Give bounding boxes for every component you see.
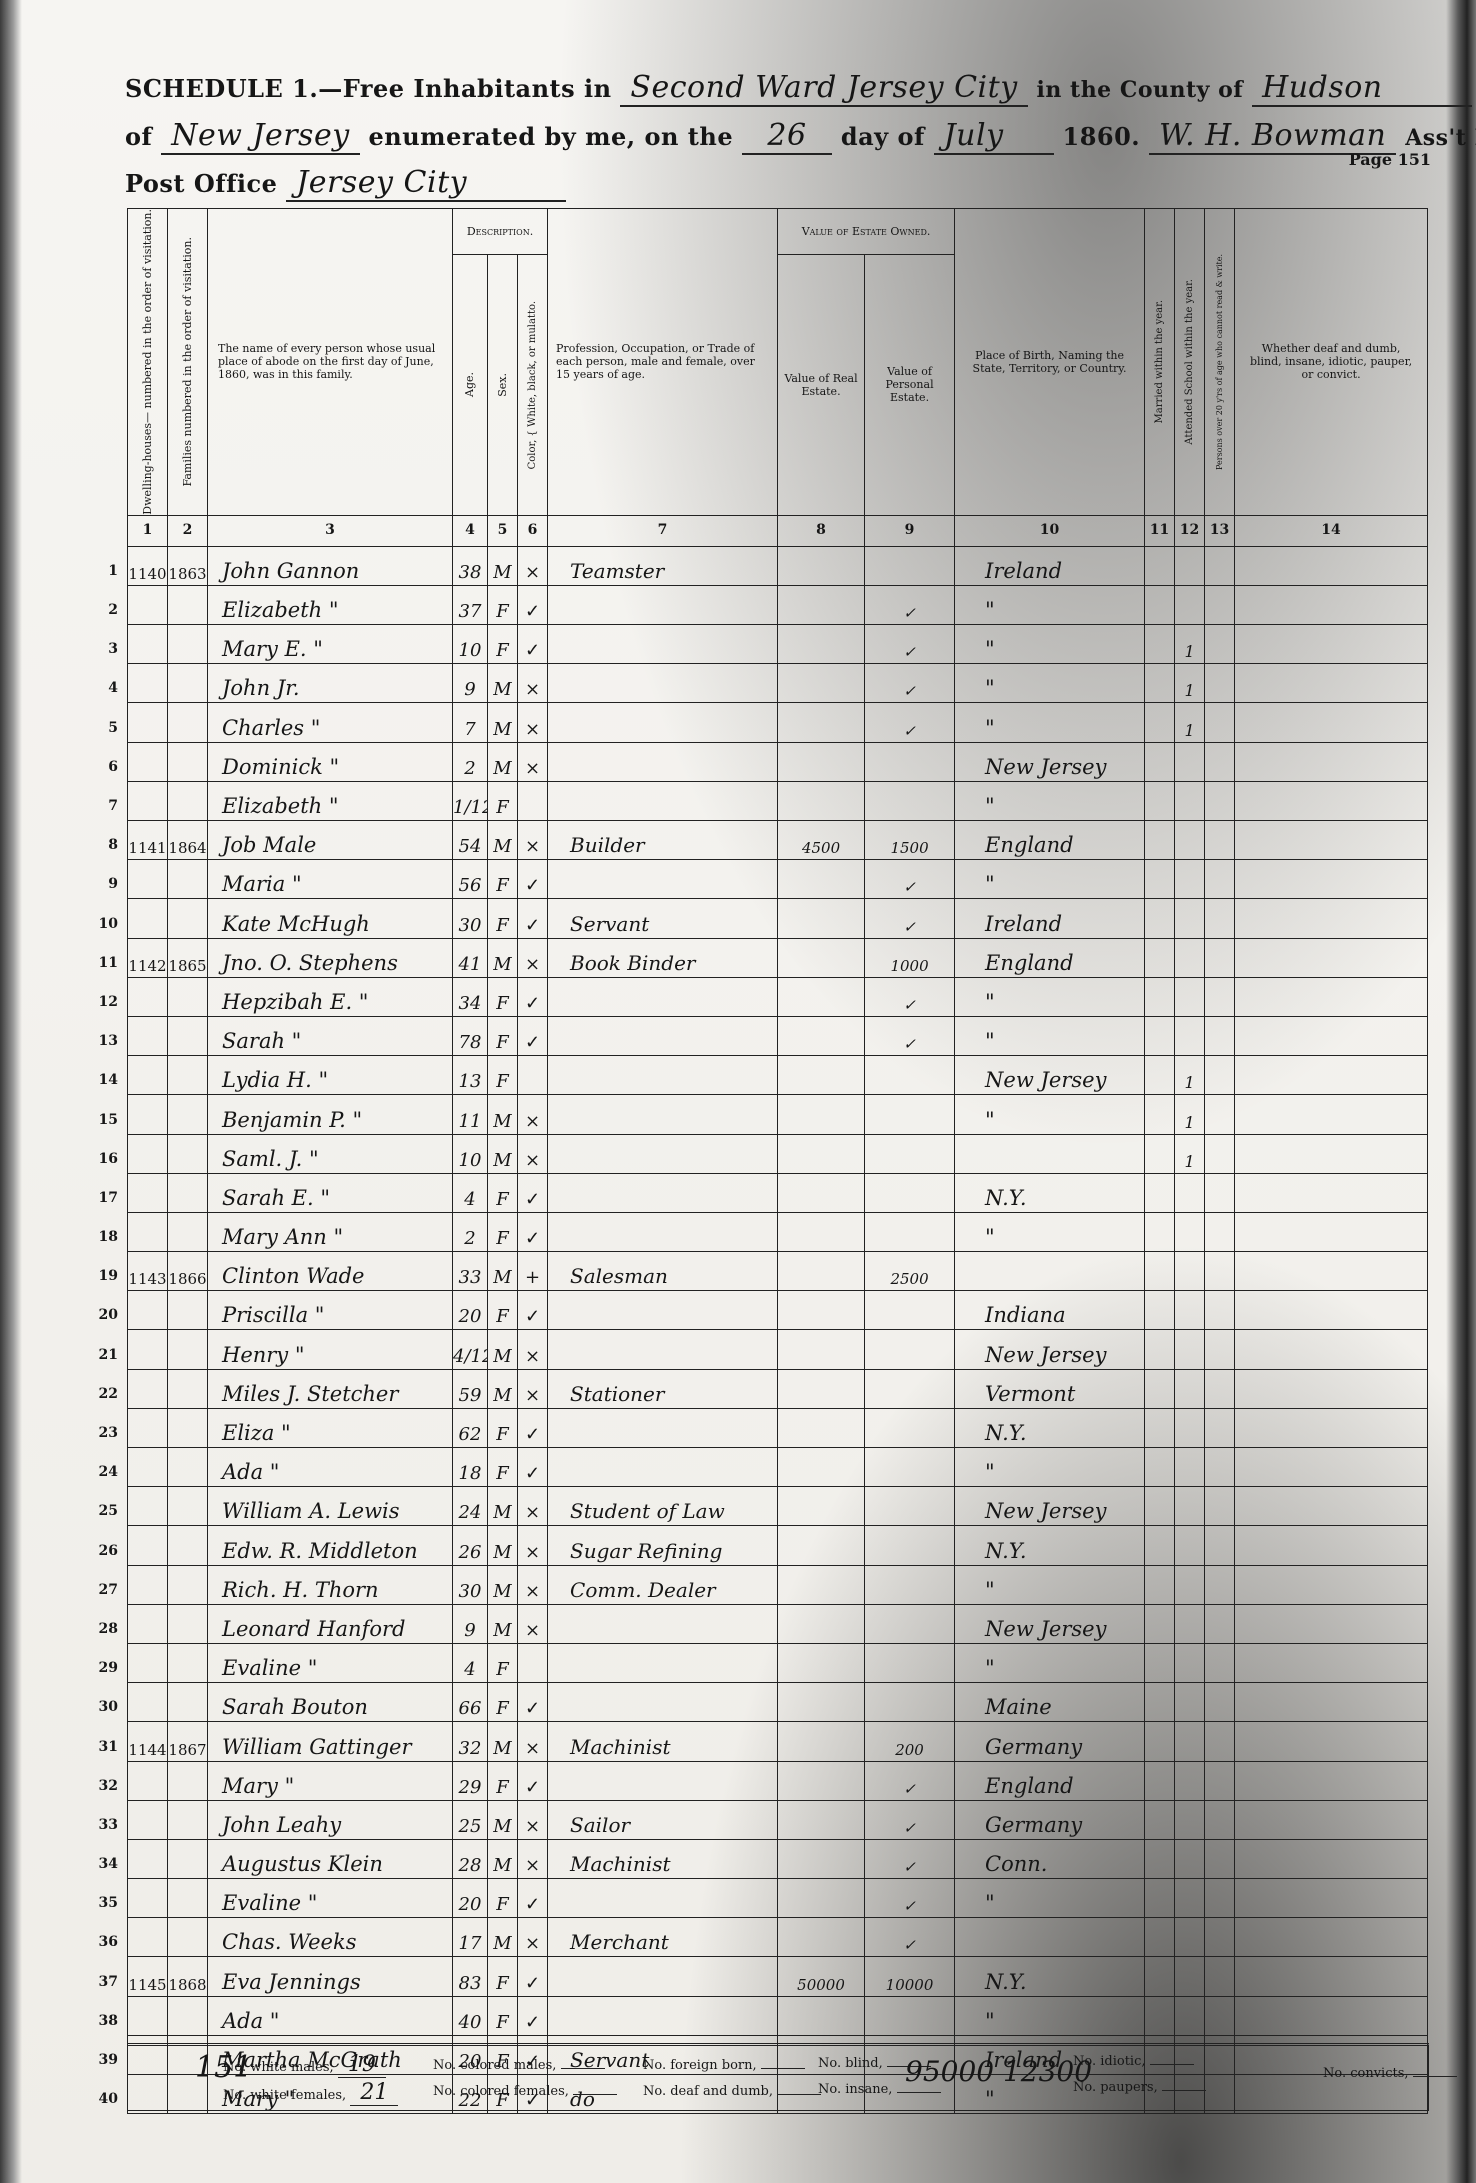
real-estate-value [778, 1134, 865, 1173]
dwelling-number: 9 [128, 860, 168, 899]
attended-school [1175, 585, 1205, 624]
birthplace: N.Y. [955, 1526, 1145, 1565]
personal-estate-value [865, 1526, 955, 1565]
cannot-read-write [1205, 1056, 1235, 1095]
col-header-sex: Sex. [488, 255, 518, 516]
personal-estate-value [865, 1683, 955, 1722]
sex: F [488, 625, 518, 664]
personal-estate-value [865, 1056, 955, 1095]
occupation: Merchant [548, 1918, 778, 1957]
cannot-read-write [1205, 1839, 1235, 1878]
personal-estate-value [865, 546, 955, 585]
column-number: 9 [865, 515, 955, 546]
dwelling-number: 111142 [128, 938, 168, 977]
birthplace: " [955, 1565, 1145, 1604]
real-estate-value [778, 664, 865, 703]
married-within-year [1145, 1448, 1175, 1487]
condition [1235, 1369, 1428, 1408]
condition [1235, 1604, 1428, 1643]
family-number [168, 860, 208, 899]
real-estate-value [778, 1369, 865, 1408]
age: 25 [453, 1800, 488, 1839]
color-mark: ✓ [518, 1996, 548, 2035]
condition [1235, 1408, 1428, 1447]
real-estate-value [778, 1839, 865, 1878]
family-number [168, 1839, 208, 1878]
dwelling-number: 11140 [128, 546, 168, 585]
sex: M [488, 1095, 518, 1134]
sex: F [488, 1173, 518, 1212]
line-number: 7 [88, 798, 118, 814]
person-name: Maria " [208, 860, 453, 899]
cannot-read-write [1205, 1800, 1235, 1839]
married-within-year [1145, 742, 1175, 781]
table-row: 111401863John Gannon38M×TeamsterIreland [128, 546, 1428, 585]
page-totals: No. white males, 19 No. white females, 2… [127, 2043, 1429, 2111]
color-mark: ✓ [518, 1879, 548, 1918]
sex: M [488, 1330, 518, 1369]
birthplace: " [955, 1212, 1145, 1251]
attended-school: 1 [1175, 1095, 1205, 1134]
sex: F [488, 1683, 518, 1722]
line-number: 24 [88, 1464, 118, 1480]
table-row: 32Mary "29F✓✓England [128, 1761, 1428, 1800]
table-row: 27Rich. H. Thorn30M×Comm. Dealer" [128, 1565, 1428, 1604]
married-within-year [1145, 1996, 1175, 2035]
line-number: 26 [88, 1543, 118, 1559]
sex: F [488, 899, 518, 938]
real-estate-value [778, 1918, 865, 1957]
real-estate-value [778, 977, 865, 1016]
personal-estate-value [865, 742, 955, 781]
cannot-read-write [1205, 664, 1235, 703]
occupation [548, 977, 778, 1016]
table-row: 7Elizabeth "1/12F" [128, 781, 1428, 820]
real-estate-value [778, 1487, 865, 1526]
age: 37 [453, 585, 488, 624]
person-name: Eva Jennings [208, 1957, 453, 1996]
line-number: 5 [88, 720, 118, 736]
condition [1235, 821, 1428, 860]
occupation [548, 1016, 778, 1055]
occupation [548, 1291, 778, 1330]
table-row: 23Eliza "62F✓N.Y. [128, 1408, 1428, 1447]
family-number [168, 1173, 208, 1212]
table-row: 4John Jr.9M×✓"1 [128, 664, 1428, 703]
column-number: 4 [453, 515, 488, 546]
sex: M [488, 1252, 518, 1291]
birthplace: Conn. [955, 1839, 1145, 1878]
county-field: Hudson [1252, 70, 1472, 107]
married-within-year [1145, 1134, 1175, 1173]
line-number: 10 [88, 916, 118, 932]
birthplace: Vermont [955, 1369, 1145, 1408]
birthplace: Maine [955, 1683, 1145, 1722]
age: 54 [453, 821, 488, 860]
table-row: 2Elizabeth "37F✓✓" [128, 585, 1428, 624]
line-number: 13 [88, 1033, 118, 1049]
table-row: 3711451868Eva Jennings83F✓5000010000N.Y. [128, 1957, 1428, 1996]
dwelling-number: 25 [128, 1487, 168, 1526]
married-within-year [1145, 821, 1175, 860]
family-number [168, 664, 208, 703]
color-mark: × [518, 1839, 548, 1878]
real-estate-value [778, 703, 865, 742]
birthplace [955, 1252, 1145, 1291]
attended-school [1175, 1448, 1205, 1487]
personal-estate-value: ✓ [865, 1839, 955, 1878]
color-mark: ✓ [518, 1173, 548, 1212]
family-number [168, 1604, 208, 1643]
family-number [168, 1212, 208, 1251]
dwelling-number: 5 [128, 703, 168, 742]
dwelling-number: 32 [128, 1761, 168, 1800]
table-row: 29Evaline "4F" [128, 1643, 1428, 1682]
dwelling-number-value: 1141 [128, 839, 166, 857]
cannot-read-write [1205, 1369, 1235, 1408]
birthplace: New Jersey [955, 1604, 1145, 1643]
person-name: Mary E. " [208, 625, 453, 664]
color-mark: ✓ [518, 1761, 548, 1800]
sex: M [488, 1800, 518, 1839]
birthplace: Germany [955, 1722, 1145, 1761]
dwelling-number: 22 [128, 1369, 168, 1408]
family-number [168, 1683, 208, 1722]
person-name: Rich. H. Thorn [208, 1565, 453, 1604]
age: 10 [453, 625, 488, 664]
age: 56 [453, 860, 488, 899]
column-number: 3 [208, 515, 453, 546]
sex: M [488, 1604, 518, 1643]
line-number: 23 [88, 1425, 118, 1441]
condition [1235, 1173, 1428, 1212]
condition [1235, 546, 1428, 585]
age: 18 [453, 1448, 488, 1487]
occupation [548, 1212, 778, 1251]
state-prefix: of [125, 122, 152, 151]
condition [1235, 1212, 1428, 1251]
dwelling-number-value: 1140 [128, 565, 166, 583]
color-mark: × [518, 664, 548, 703]
person-name: Job Male [208, 821, 453, 860]
table-row: 10Kate McHugh30F✓Servant✓Ireland [128, 899, 1428, 938]
cannot-read-write [1205, 1134, 1235, 1173]
age: 33 [453, 1252, 488, 1291]
family-number [168, 1761, 208, 1800]
occupation [548, 1761, 778, 1800]
age: 83 [453, 1957, 488, 1996]
census-table-container: Dwelling-houses— numbered in the order o… [127, 208, 1427, 2114]
real-estate-value [778, 546, 865, 585]
cannot-read-write [1205, 1918, 1235, 1957]
married-within-year [1145, 1839, 1175, 1878]
personal-estate-value: ✓ [865, 977, 955, 1016]
dwelling-number: 4 [128, 664, 168, 703]
dwelling-number: 15 [128, 1095, 168, 1134]
real-estate-value [778, 1291, 865, 1330]
person-name: Sarah Bouton [208, 1683, 453, 1722]
married-within-year [1145, 860, 1175, 899]
sex: M [488, 1565, 518, 1604]
dwelling-number: 38 [128, 1996, 168, 2035]
dwelling-number: 23 [128, 1408, 168, 1447]
cannot-read-write [1205, 1722, 1235, 1761]
color-mark: × [518, 1722, 548, 1761]
cannot-read-write [1205, 938, 1235, 977]
cannot-read-write [1205, 899, 1235, 938]
age: 59 [453, 1369, 488, 1408]
line-number: 38 [88, 2013, 118, 2029]
birthplace: New Jersey [955, 742, 1145, 781]
line-number: 36 [88, 1934, 118, 1950]
attended-school [1175, 1565, 1205, 1604]
attended-school [1175, 742, 1205, 781]
age: 26 [453, 1526, 488, 1565]
line-number: 2 [88, 602, 118, 618]
sex: M [488, 1526, 518, 1565]
personal-estate-value [865, 1604, 955, 1643]
census-page: SCHEDULE 1.—Free Inhabitants in Second W… [0, 0, 1476, 2183]
col-header-dwelling: Dwelling-houses— numbered in the order o… [128, 209, 168, 516]
real-estate-value [778, 1565, 865, 1604]
person-name: Sarah " [208, 1016, 453, 1055]
real-estate-value [778, 1761, 865, 1800]
cannot-read-write [1205, 742, 1235, 781]
age: 9 [453, 664, 488, 703]
line-number: 22 [88, 1386, 118, 1402]
cannot-read-write [1205, 821, 1235, 860]
table-row: 811411864Job Male54M×Builder45001500Engl… [128, 821, 1428, 860]
color-mark: ✓ [518, 1408, 548, 1447]
column-number: 13 [1205, 515, 1235, 546]
condition [1235, 1565, 1428, 1604]
attended-school [1175, 781, 1205, 820]
personal-estate-value: ✓ [865, 1761, 955, 1800]
line-number: 3 [88, 641, 118, 657]
married-within-year [1145, 1330, 1175, 1369]
sex: M [488, 1134, 518, 1173]
occupation [548, 1330, 778, 1369]
personal-estate-value: 10000 [865, 1957, 955, 1996]
cannot-read-write [1205, 1408, 1235, 1447]
day-field: 26 [742, 118, 832, 155]
line-number: 32 [88, 1778, 118, 1794]
family-number [168, 1056, 208, 1095]
line-number: 33 [88, 1817, 118, 1833]
person-name: Lydia H. " [208, 1056, 453, 1095]
personal-estate-value [865, 1369, 955, 1408]
birthplace: " [955, 1016, 1145, 1055]
occupation: Teamster [548, 546, 778, 585]
post-office-label: Post Office [125, 169, 277, 198]
cannot-read-write [1205, 1604, 1235, 1643]
line-number: 39 [88, 2052, 118, 2068]
married-within-year [1145, 625, 1175, 664]
table-row: 1911431866Clinton Wade33M+Salesman2500 [128, 1252, 1428, 1291]
age: 41 [453, 938, 488, 977]
condition [1235, 781, 1428, 820]
birthplace: " [955, 703, 1145, 742]
family-number [168, 1016, 208, 1055]
color-mark: ✓ [518, 1016, 548, 1055]
sex: F [488, 1879, 518, 1918]
person-name: Clinton Wade [208, 1252, 453, 1291]
attended-school [1175, 1526, 1205, 1565]
family-number [168, 781, 208, 820]
condition [1235, 1056, 1428, 1095]
married-within-year [1145, 1095, 1175, 1134]
scan-edge-left [0, 0, 22, 2183]
condition [1235, 977, 1428, 1016]
family-number: 1864 [168, 821, 208, 860]
condition [1235, 1996, 1428, 2035]
sex: F [488, 1996, 518, 2035]
dwelling-number: 20 [128, 1291, 168, 1330]
attended-school [1175, 1408, 1205, 1447]
birthplace: " [955, 1095, 1145, 1134]
col-header-birthplace: Place of Birth, Naming the State, Territ… [955, 209, 1145, 516]
family-number [168, 1565, 208, 1604]
condition [1235, 664, 1428, 703]
occupation [548, 1448, 778, 1487]
married-within-year [1145, 1683, 1175, 1722]
birthplace: " [955, 664, 1145, 703]
table-row: 26Edw. R. Middleton26M×Sugar RefiningN.Y… [128, 1526, 1428, 1565]
age: 78 [453, 1016, 488, 1055]
birthplace: " [955, 1448, 1145, 1487]
condition [1235, 1330, 1428, 1369]
occupation [548, 1879, 778, 1918]
condition [1235, 860, 1428, 899]
real-estate-value [778, 1056, 865, 1095]
person-name: Dominick " [208, 742, 453, 781]
birthplace: England [955, 821, 1145, 860]
real-estate-value [778, 1016, 865, 1055]
occupation: Builder [548, 821, 778, 860]
cannot-read-write [1205, 781, 1235, 820]
cannot-read-write [1205, 1252, 1235, 1291]
birthplace: " [955, 860, 1145, 899]
person-name: William Gattinger [208, 1722, 453, 1761]
col-group-description: Description. [453, 209, 548, 255]
dwelling-number: 2 [128, 585, 168, 624]
personal-estate-value: 2500 [865, 1252, 955, 1291]
real-estate-value [778, 1408, 865, 1447]
dwelling-number-value: 1144 [128, 1741, 166, 1759]
cannot-read-write [1205, 1291, 1235, 1330]
col-header-real-estate: Value of Real Estate. [778, 255, 865, 516]
real-estate-value [778, 1643, 865, 1682]
cannot-read-write [1205, 1173, 1235, 1212]
table-row: 15Benjamin P. "11M×"1 [128, 1095, 1428, 1134]
attended-school [1175, 1879, 1205, 1918]
condition [1235, 938, 1428, 977]
color-mark: × [518, 821, 548, 860]
line-number: 1 [88, 563, 118, 579]
table-row: 21Henry "4/12M×New Jersey [128, 1330, 1428, 1369]
birthplace: Indiana [955, 1291, 1145, 1330]
line-number: 31 [88, 1739, 118, 1755]
occupation [548, 742, 778, 781]
line-number: 25 [88, 1503, 118, 1519]
family-number [168, 1448, 208, 1487]
line-number: 29 [88, 1660, 118, 1676]
line-number: 6 [88, 759, 118, 775]
sex: M [488, 1487, 518, 1526]
married-within-year [1145, 703, 1175, 742]
color-mark: + [518, 1252, 548, 1291]
sex: F [488, 585, 518, 624]
married-within-year [1145, 585, 1175, 624]
sex: M [488, 703, 518, 742]
personal-estate-value [865, 1330, 955, 1369]
column-number: 10 [955, 515, 1145, 546]
real-estate-value [778, 899, 865, 938]
sex: F [488, 1291, 518, 1330]
line-number: 11 [88, 955, 118, 971]
line-number: 27 [88, 1582, 118, 1598]
real-estate-value [778, 585, 865, 624]
table-row: 1111421865Jno. O. Stephens41M×Book Binde… [128, 938, 1428, 977]
line-number: 28 [88, 1621, 118, 1637]
real-estate-value [778, 781, 865, 820]
real-estate-value [778, 1173, 865, 1212]
family-number [168, 977, 208, 1016]
real-estate-value [778, 1683, 865, 1722]
family-number [168, 1487, 208, 1526]
line-number: 34 [88, 1856, 118, 1872]
color-mark: ✓ [518, 899, 548, 938]
col-header-married: Married within the year. [1145, 209, 1175, 516]
table-row: 16Saml. J. "10M×1 [128, 1134, 1428, 1173]
birthplace [955, 1918, 1145, 1957]
table-row: 9Maria "56F✓✓" [128, 860, 1428, 899]
color-mark: × [518, 1800, 548, 1839]
family-number: 1867 [168, 1722, 208, 1761]
sex: F [488, 1643, 518, 1682]
column-number-row: 1234567891011121314 [128, 515, 1428, 546]
real-estate-value [778, 1095, 865, 1134]
dwelling-number: 17 [128, 1173, 168, 1212]
birthplace: New Jersey [955, 1056, 1145, 1095]
schedule-title: SCHEDULE 1.—Free Inhabitants in [125, 74, 612, 103]
attended-school [1175, 1252, 1205, 1291]
occupation [548, 860, 778, 899]
personal-estate-value [865, 1134, 955, 1173]
married-within-year [1145, 977, 1175, 1016]
color-mark: ✓ [518, 625, 548, 664]
family-number [168, 899, 208, 938]
age: 30 [453, 1565, 488, 1604]
dwelling-number: 36 [128, 1918, 168, 1957]
age: 28 [453, 1839, 488, 1878]
personal-estate-value: 1500 [865, 821, 955, 860]
condition [1235, 1800, 1428, 1839]
column-number: 7 [548, 515, 778, 546]
sex: M [488, 1918, 518, 1957]
age: 2 [453, 1212, 488, 1251]
birthplace: " [955, 1643, 1145, 1682]
condition [1235, 1134, 1428, 1173]
real-estate-value [778, 1212, 865, 1251]
condition [1235, 703, 1428, 742]
dwelling-number: 34 [128, 1839, 168, 1878]
real-estate-value: 4500 [778, 821, 865, 860]
married-within-year [1145, 1056, 1175, 1095]
state-field: New Jersey [161, 118, 359, 155]
person-name: Evaline " [208, 1879, 453, 1918]
condition [1235, 742, 1428, 781]
